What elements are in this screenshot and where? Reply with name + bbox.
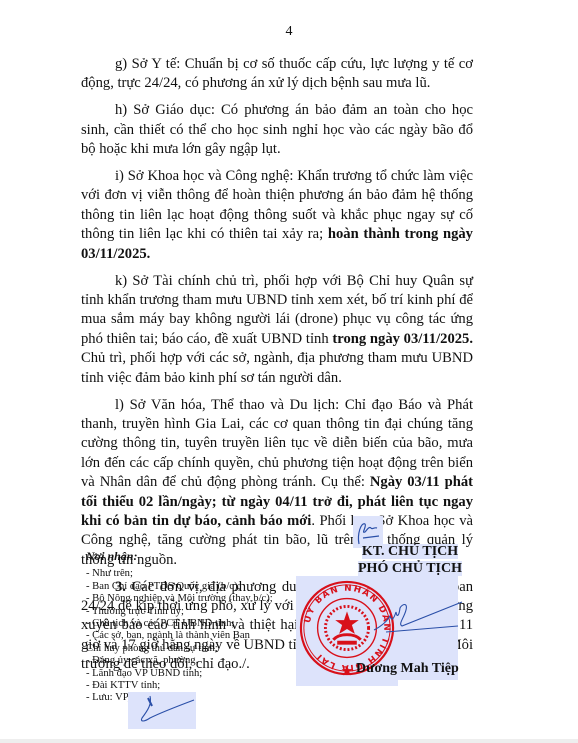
- paragraph-k: k) Sở Tài chính chủ trì, phối hợp với Bộ…: [81, 272, 473, 388]
- recipient-item: - Bộ Nông nghiệp và Môi trường (thay b/c…: [86, 593, 296, 605]
- recipient-item: - Lãnh đạo VP UBND tỉnh;: [86, 668, 296, 680]
- recipients-list: - Như trên;- Ban Chỉ đạo PTDS Quốc gia (…: [86, 568, 296, 704]
- paragraph-i: i) Sở Khoa học và Công nghệ: Khẩn trương…: [81, 167, 473, 264]
- signer-title-1: KT. CHỦ TỊCH: [355, 543, 465, 560]
- recipient-item: Chỉ huy phòng thủ dân sự tỉnh;: [86, 643, 296, 655]
- stamp-highlight-bottom: [296, 676, 398, 686]
- page-bottom-edge: [0, 739, 578, 743]
- paragraph-h: h) Sở Giáo dục: Có phương án bảo đảm an …: [81, 101, 473, 159]
- bold-text: trong ngày 03/11/2025.: [332, 331, 473, 347]
- recipient-item: - Ban Chỉ đạo PTDS Quốc gia (b/c);: [86, 581, 296, 593]
- paragraph-g: g) Sở Y tế: Chuẩn bị cơ số thuốc cấp cứu…: [81, 55, 473, 94]
- bottom-signature-icon: [128, 692, 196, 729]
- main-signature-icon: [372, 596, 464, 646]
- recipient-item: - Các sở, ban, ngành là thành viên Ban: [86, 630, 296, 642]
- recipients-block: Nơi nhận: - Như trên;- Ban Chỉ đạo PTDS …: [86, 550, 296, 705]
- recipient-item: - Đài KTTV tỉnh;: [86, 680, 296, 692]
- text: Chủ trì, phối hợp với các sở, ngành, địa…: [81, 350, 473, 385]
- bottom-initial-signature: [128, 692, 196, 729]
- recipient-item: - Đảng ủy các xã, phường.: [86, 655, 296, 667]
- text: h) Sở Giáo dục: Có phương án bảo đảm an …: [81, 102, 473, 157]
- signer-title-2: PHÓ CHỦ TỊCH: [355, 560, 465, 577]
- text: g) Sở Y tế: Chuẩn bị cơ số thuốc cấp cứu…: [81, 56, 473, 91]
- recipients-title: Nơi nhận:: [86, 550, 296, 562]
- page-number: 4: [0, 24, 578, 40]
- signer-name: Dương Mah Tiệp: [356, 661, 459, 677]
- recipient-item: - Thường trực Tỉnh ủy;: [86, 606, 296, 618]
- recipient-item: - Như trên;: [86, 568, 296, 580]
- signature-block: KT. CHỦ TỊCH PHÓ CHỦ TỊCH: [355, 543, 465, 577]
- recipient-item: - Chủ tịch và các PCT UBND tỉnh;: [86, 618, 296, 630]
